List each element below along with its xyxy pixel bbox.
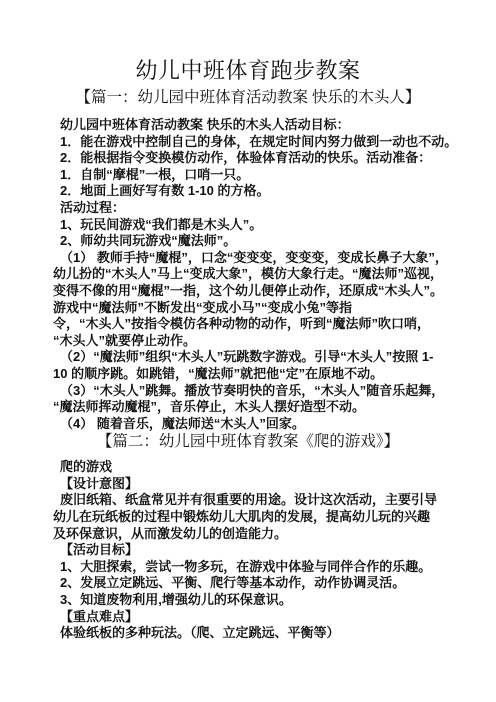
section1-body: 幼儿园中班体育活动教案 快乐的木头人活动目标： 1．能在游戏中控制自己的身体，在… bbox=[0, 117, 496, 432]
text-line: 幼儿扮的“木头人”马上“变成大象”，模仿大象行走。“魔法师”巡视， bbox=[53, 266, 456, 283]
text-line: 10 的顺序跳。如跳错，“魔法师”就把他“定”在原地不动。 bbox=[53, 366, 456, 383]
text-line: 幼儿在玩纸板的过程中锻炼幼儿大肌肉的发展，提高幼儿玩的兴趣 bbox=[53, 509, 456, 526]
text-line: 废旧纸箱、纸盒常见并有很重要的用途。设计这次活动，主要引导 bbox=[53, 492, 456, 509]
text-line: 1．自制“摩棍”一根，口哨一只。 bbox=[53, 167, 456, 184]
text-line: （1） 教师手持“魔棍”，口念“变变变，变变变，变成长鼻子大象”， bbox=[53, 250, 456, 267]
section2-heading: 【篇二：幼儿园中班体育教案《爬的游戏》】 bbox=[0, 433, 496, 451]
text-line: 2．能根据指令变换模仿动作，体验体育活动的快乐。活动准备： bbox=[53, 150, 456, 167]
text-line: 1．能在游戏中控制自己的身体，在规定时间内努力做到一动也不动。 bbox=[53, 134, 456, 151]
text-line: （3）“木头人”跳舞。播放节奏明快的音乐，“木头人”随音乐起舞， bbox=[53, 383, 456, 400]
text-line: 1、大胆探索，尝试一物多玩，在游戏中体验与同伴合作的乐趣。 bbox=[53, 559, 456, 576]
document-title: 幼儿中班体育跑步教案 bbox=[0, 0, 496, 84]
text-line: 【设计意图】 bbox=[53, 476, 456, 493]
text-line: 变得不像的用“魔棍”一指，这个幼儿便停止动作，还原成“木头人”。 bbox=[53, 283, 456, 300]
text-line: 【活动目标】 bbox=[53, 542, 456, 559]
text-line: （4） 随着音乐，魔法师送“木头人”回家。 bbox=[53, 416, 456, 433]
text-line: 2、发展立定跳远、平衡、爬行等基本动作，动作协调灵活。 bbox=[53, 575, 456, 592]
text-line: 3、知道废物利用,增强幼儿的环保意识。 bbox=[53, 592, 456, 609]
text-line: 游戏中“魔法师”不断发出“变成小马”“变成小兔”等指 bbox=[53, 300, 456, 317]
text-line: 令，“木头人”按指令模仿各种动物的动作，听到“魔法师”吹口哨， bbox=[53, 316, 456, 333]
text-line: “木头人”就要停止动作。 bbox=[53, 333, 456, 350]
text-line: 体验纸板的多种玩法。（爬、立定跳远、平衡等） bbox=[53, 625, 456, 642]
text-line: 幼儿园中班体育活动教案 快乐的木头人活动目标： bbox=[53, 117, 456, 134]
section1-heading: 【篇一：幼儿园中班体育活动教案 快乐的木头人】 bbox=[0, 89, 496, 107]
text-line: 活动过程： bbox=[53, 200, 456, 217]
document-page: 幼儿中班体育跑步教案 【篇一：幼儿园中班体育活动教案 快乐的木头人】 幼儿园中班… bbox=[0, 0, 496, 702]
text-line: 爬的游戏 bbox=[53, 459, 456, 476]
text-line: 1、玩民间游戏“我们都是木头人”。 bbox=[53, 217, 456, 234]
text-line: 2．地面上画好写有数 1-10 的方格。 bbox=[53, 183, 456, 200]
section2-body: 爬的游戏 【设计意图】 废旧纸箱、纸盒常见并有很重要的用途。设计这次活动，主要引… bbox=[0, 459, 496, 642]
text-line: 及环保意识，从而激发幼儿的创造能力。 bbox=[53, 526, 456, 543]
text-line: “魔法师挥动魔棍”，音乐停止，木头人摆好造型不动。 bbox=[53, 399, 456, 416]
text-line: （2）“魔法师”组织“木头人”玩跳数字游戏。引导“木头人”按照 1- bbox=[53, 349, 456, 366]
text-line: 【重点难点】 bbox=[53, 609, 456, 626]
text-line: 2、师幼共同玩游戏“魔法师”。 bbox=[53, 233, 456, 250]
